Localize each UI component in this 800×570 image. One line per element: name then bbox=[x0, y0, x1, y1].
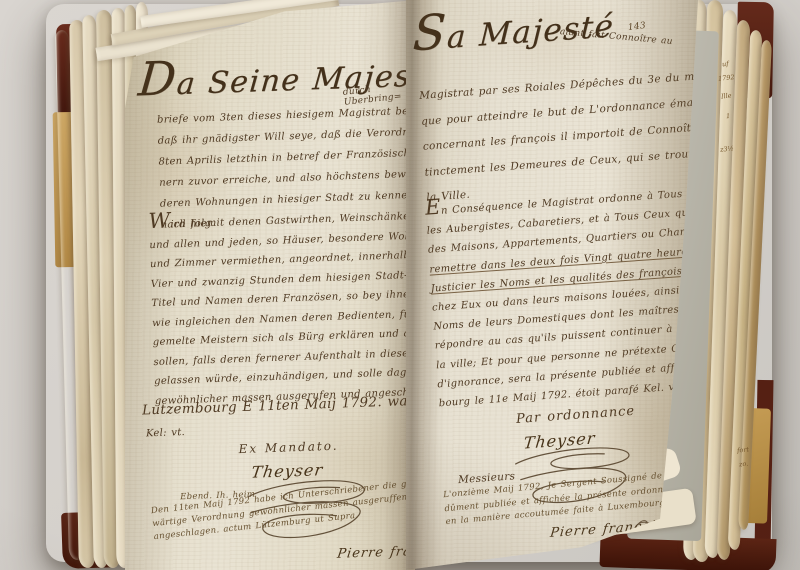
text-line: Ille bbox=[721, 91, 732, 100]
manuscript-photo: Da Seine Majestät durch Uberbring= brief… bbox=[0, 0, 800, 570]
text-line: z3½ bbox=[720, 144, 735, 153]
text-line: uf bbox=[722, 60, 729, 69]
text-line: 1792 bbox=[718, 73, 735, 83]
left-dateline-paraph: Kel: vt. bbox=[146, 427, 185, 439]
text-line: zo. bbox=[739, 460, 749, 469]
ex-mandato-label: Ex Mandato. bbox=[238, 439, 338, 456]
left-page: Da Seine Majestät durch Uberbring= brief… bbox=[125, 0, 415, 570]
right-closing: Par ordonnance bbox=[516, 404, 636, 427]
right-page: 143 Sa Majesté aiant fait Connoître au M… bbox=[406, 0, 698, 570]
text-line: 1 bbox=[726, 112, 731, 120]
text-line: fort bbox=[737, 445, 750, 454]
